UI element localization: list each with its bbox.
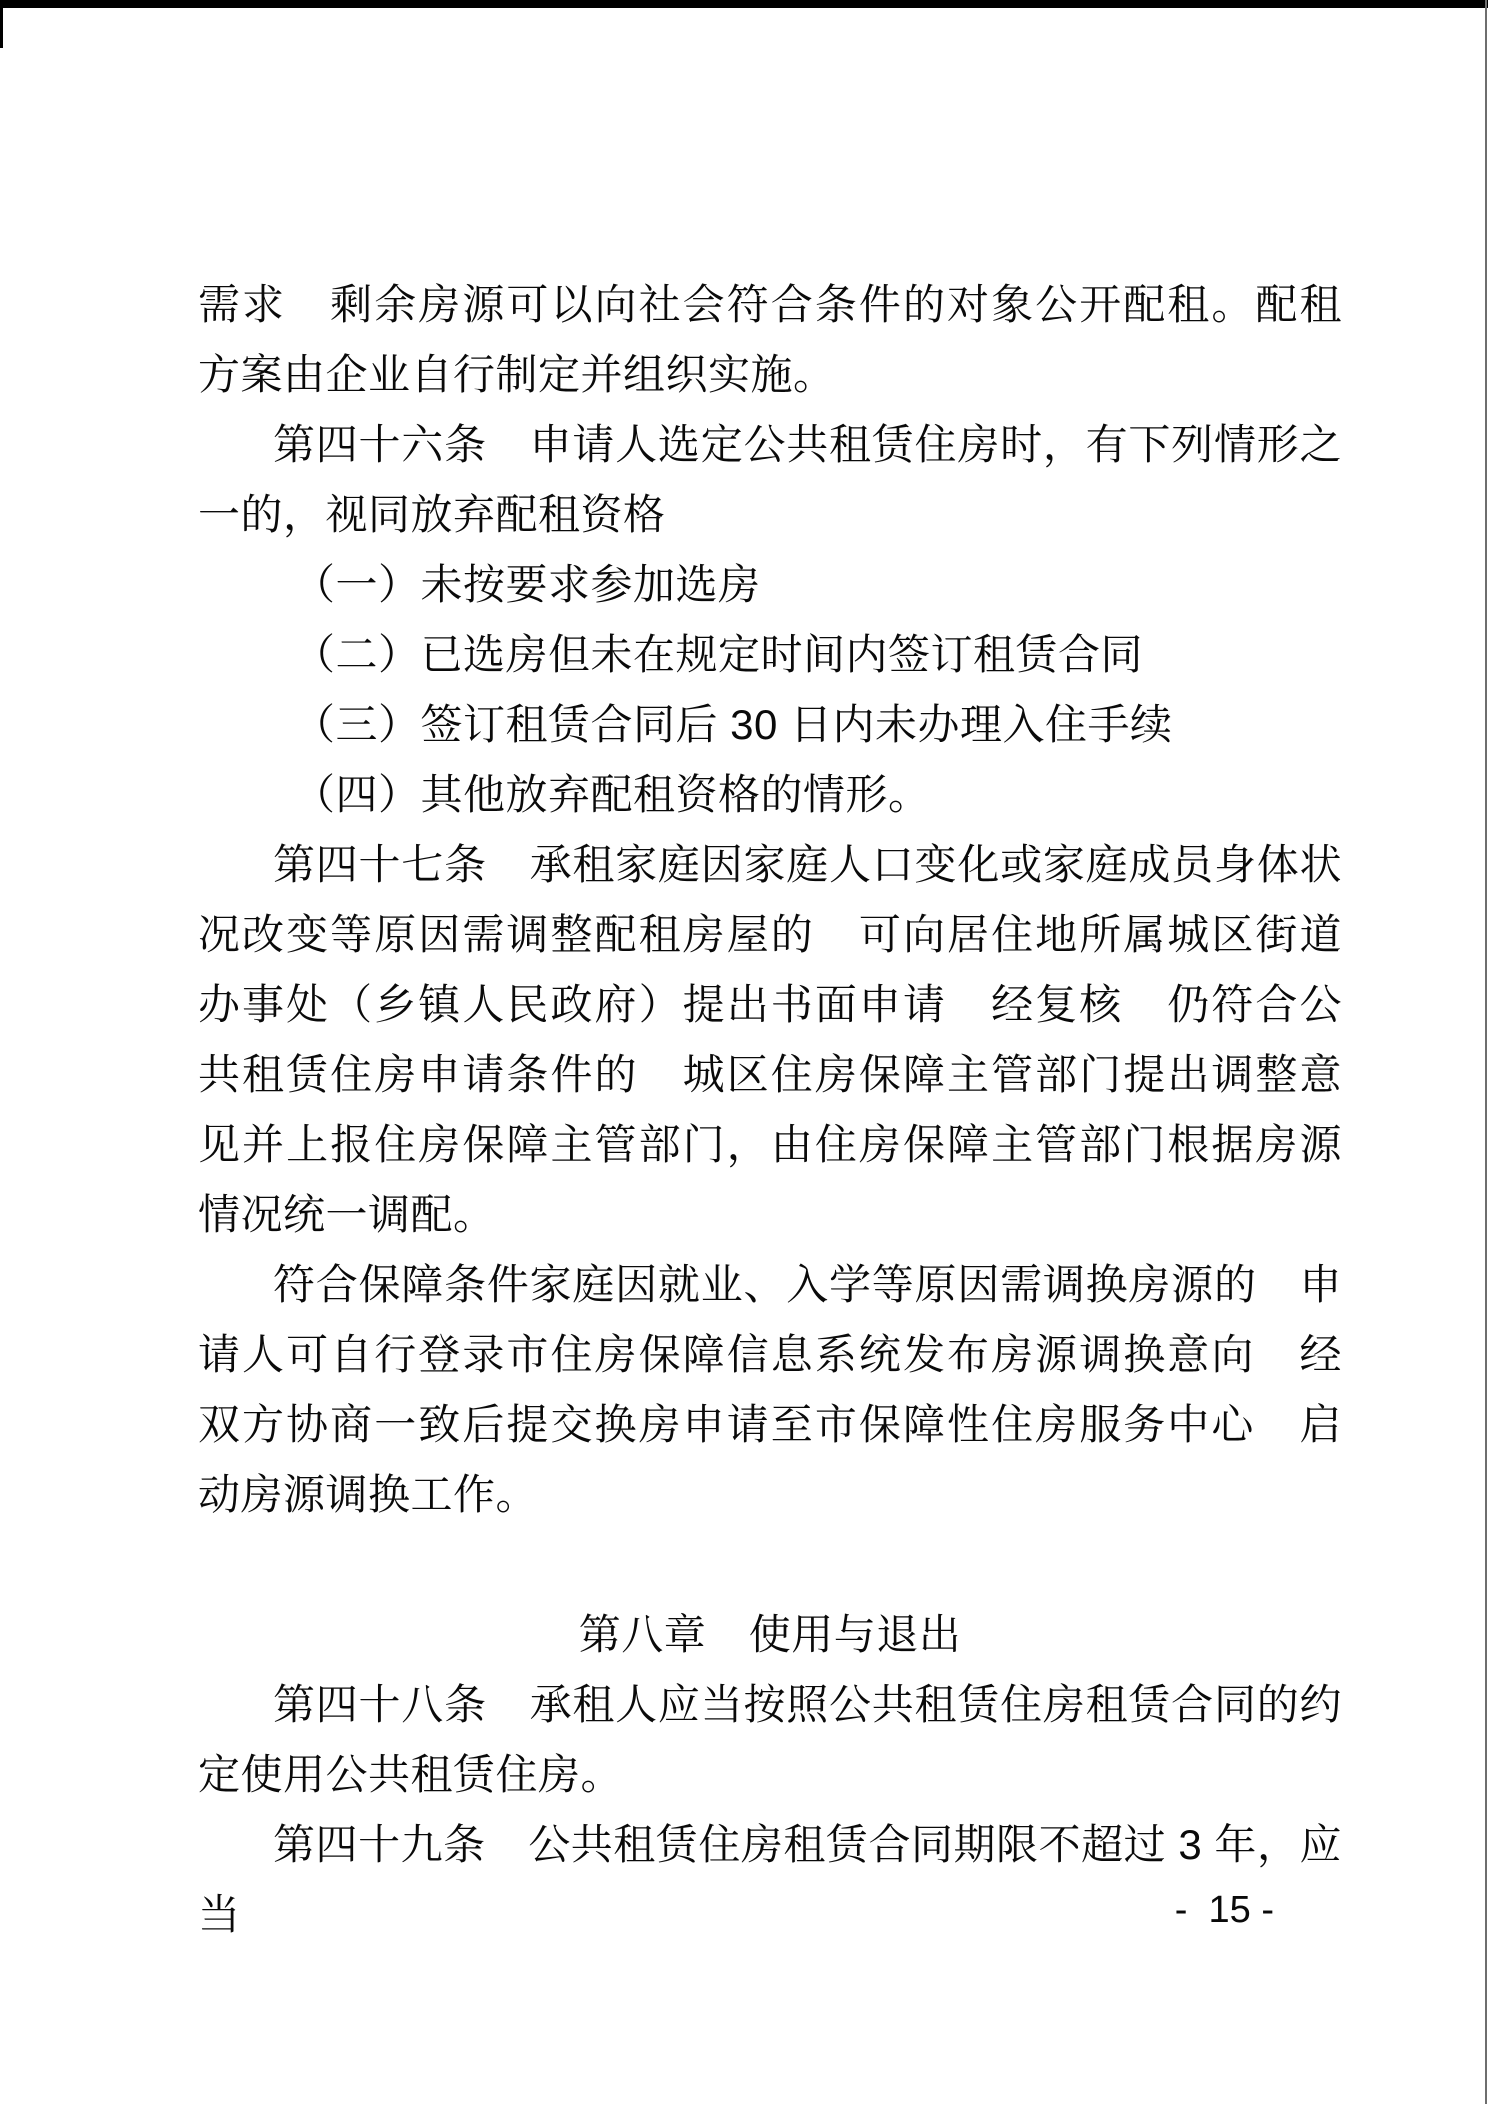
paragraph-article-48: 第四十八条 承租人应当按照公共租赁住房租赁合同的约定使用公共租赁住房。 xyxy=(198,1670,1342,1810)
list-item-4: （四）其他放弃配租资格的情形。 xyxy=(198,760,1342,830)
document-page: 需求 剩余房源可以向社会符合条件的对象公开配租。配租方案由企业自行制定并组织实施… xyxy=(0,0,1488,2104)
chapter-heading: 第八章 使用与退出 xyxy=(198,1600,1342,1670)
paragraph-article-46: 第四十六条 申请人选定公共租赁住房时，有下列情形之一的，视同放弃配租资格 xyxy=(198,410,1342,550)
document-body: 需求 剩余房源可以向社会符合条件的对象公开配租。配租方案由企业自行制定并组织实施… xyxy=(198,270,1342,1950)
list-item-3: （三）签订租赁合同后 30 日内未办理入住手续 xyxy=(198,690,1342,760)
scan-edge-top xyxy=(0,0,1488,8)
paragraph-article-47: 第四十七条 承租家庭因家庭人口变化或家庭成员身体状况改变等原因需调整配租房屋的 … xyxy=(198,830,1342,1250)
page-number: - 15 - xyxy=(1175,1888,1274,1932)
paragraph-article-49: 第四十九条 公共租赁住房租赁合同期限不超过 3 年，应当 xyxy=(198,1810,1342,1950)
scan-edge-right xyxy=(1485,0,1487,2104)
paragraph-carryover: 需求 剩余房源可以向社会符合条件的对象公开配租。配租方案由企业自行制定并组织实施… xyxy=(198,270,1342,410)
list-item-2: （二）已选房但未在规定时间内签订租赁合同 xyxy=(198,620,1342,690)
paragraph-swap-housing: 符合保障条件家庭因就业、入学等原因需调换房源的 申请人可自行登录市住房保障信息系… xyxy=(198,1250,1342,1530)
list-item-1: （一）未按要求参加选房 xyxy=(198,550,1342,620)
scan-edge-left xyxy=(0,0,3,48)
